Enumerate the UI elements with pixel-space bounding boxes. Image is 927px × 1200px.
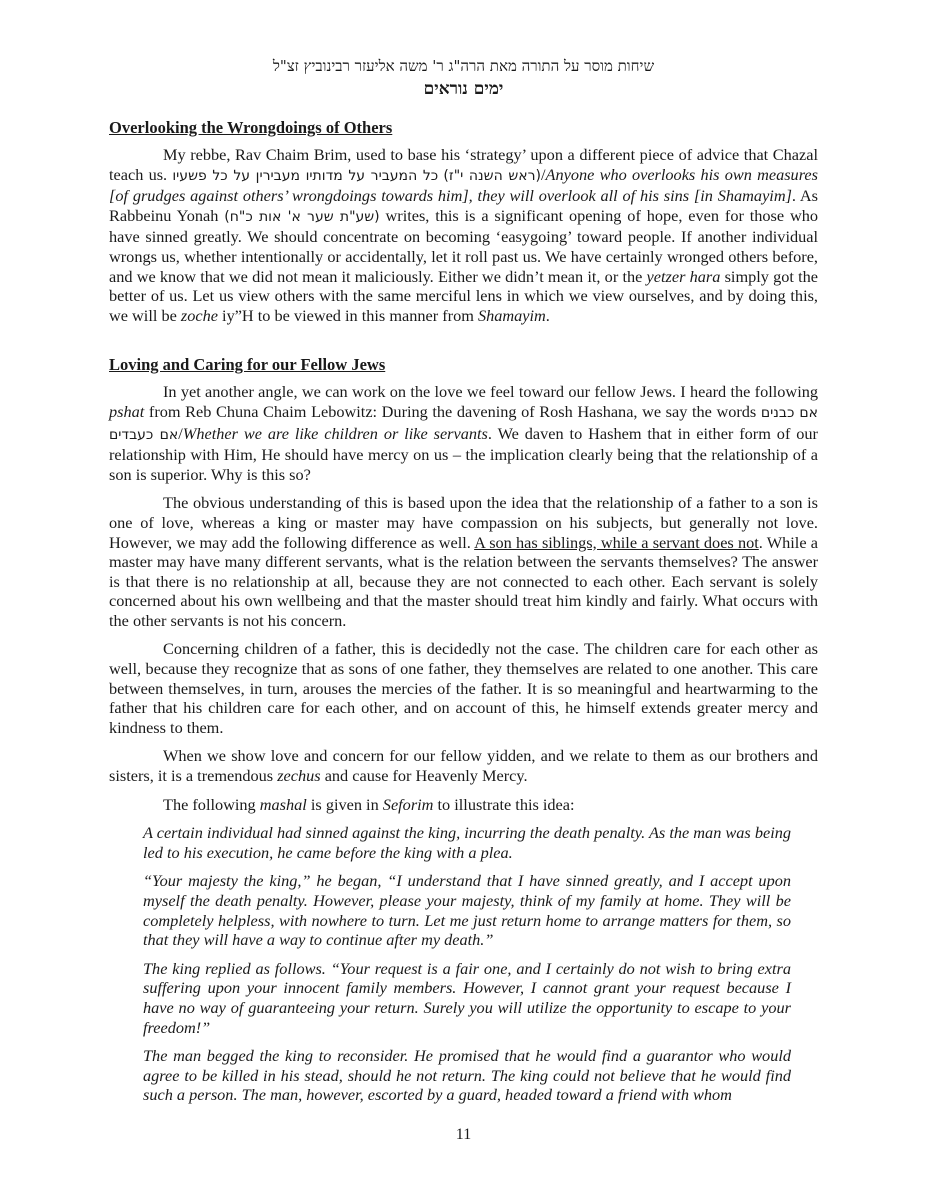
section-heading-overlooking: Overlooking the Wrongdoings of Others [109, 117, 818, 139]
text-run: from Reb Chuna Chaim Lebowitz: During th… [144, 402, 761, 421]
text-run: . [546, 306, 550, 325]
underlined-emphasis: A son has siblings, while a servant does… [474, 533, 759, 552]
paragraph: Concerning children of a father, this is… [109, 639, 818, 737]
document-page: שיחות מוסר על התורה מאת הרה"ג ר' משה אלי… [0, 0, 927, 1200]
hebrew-quote: כל המעביר על מדותיו מעבירין על כל פשעיו [172, 168, 438, 184]
mashal-quote-paragraph: The king replied as follows. “Your reque… [143, 959, 791, 1037]
page-body: Overlooking the Wrongdoings of Others My… [109, 117, 818, 1105]
paragraph: My rebbe, Rav Chaim Brim, used to base h… [109, 145, 818, 325]
italic-translation: Whether we are like children or like ser… [183, 424, 488, 443]
mashal-quote-paragraph: “Your majesty the king,” he began, “I un… [143, 871, 791, 949]
hebrew-source-citation: (שע"ת שער א' אות כ"ח) [224, 209, 379, 225]
header-volume-title: ימים נוראים [0, 77, 927, 101]
italic-term: mashal [260, 795, 307, 814]
paragraph: In yet another angle, we can work on the… [109, 382, 818, 484]
italic-term: Shamayim [478, 306, 546, 325]
paragraph: When we show love and concern for our fe… [109, 746, 818, 785]
italic-term: pshat [109, 402, 144, 421]
text-run: to illustrate this idea: [433, 795, 574, 814]
italic-term: Seforim [383, 795, 434, 814]
italic-term: zechus [277, 766, 320, 785]
paragraph: The following mashal is given in Seforim… [109, 795, 818, 815]
page-number: 11 [0, 1126, 927, 1144]
header-series-title: שיחות מוסר על התורה מאת הרה"ג ר' משה אלי… [0, 55, 927, 77]
paragraph: The obvious understanding of this is bas… [109, 493, 818, 630]
section-heading-loving: Loving and Caring for our Fellow Jews [109, 354, 818, 376]
running-header: שיחות מוסר על התורה מאת הרה"ג ר' משה אלי… [0, 55, 927, 101]
text-run: The following [163, 795, 260, 814]
italic-term: zoche [181, 306, 218, 325]
italic-term: yetzer hara [647, 267, 721, 286]
text-run: iy”H to be viewed in this manner from [218, 306, 478, 325]
text-run: In yet another angle, we can work on the… [163, 382, 818, 401]
text-run: is given in [307, 795, 383, 814]
hebrew-source-citation: (ראש השנה י"ז) [443, 168, 541, 184]
mashal-quote-paragraph: A certain individual had sinned against … [143, 823, 791, 862]
mashal-quote-paragraph: The man begged the king to reconsider. H… [143, 1046, 791, 1105]
text-run: and cause for Heavenly Mercy. [321, 766, 528, 785]
